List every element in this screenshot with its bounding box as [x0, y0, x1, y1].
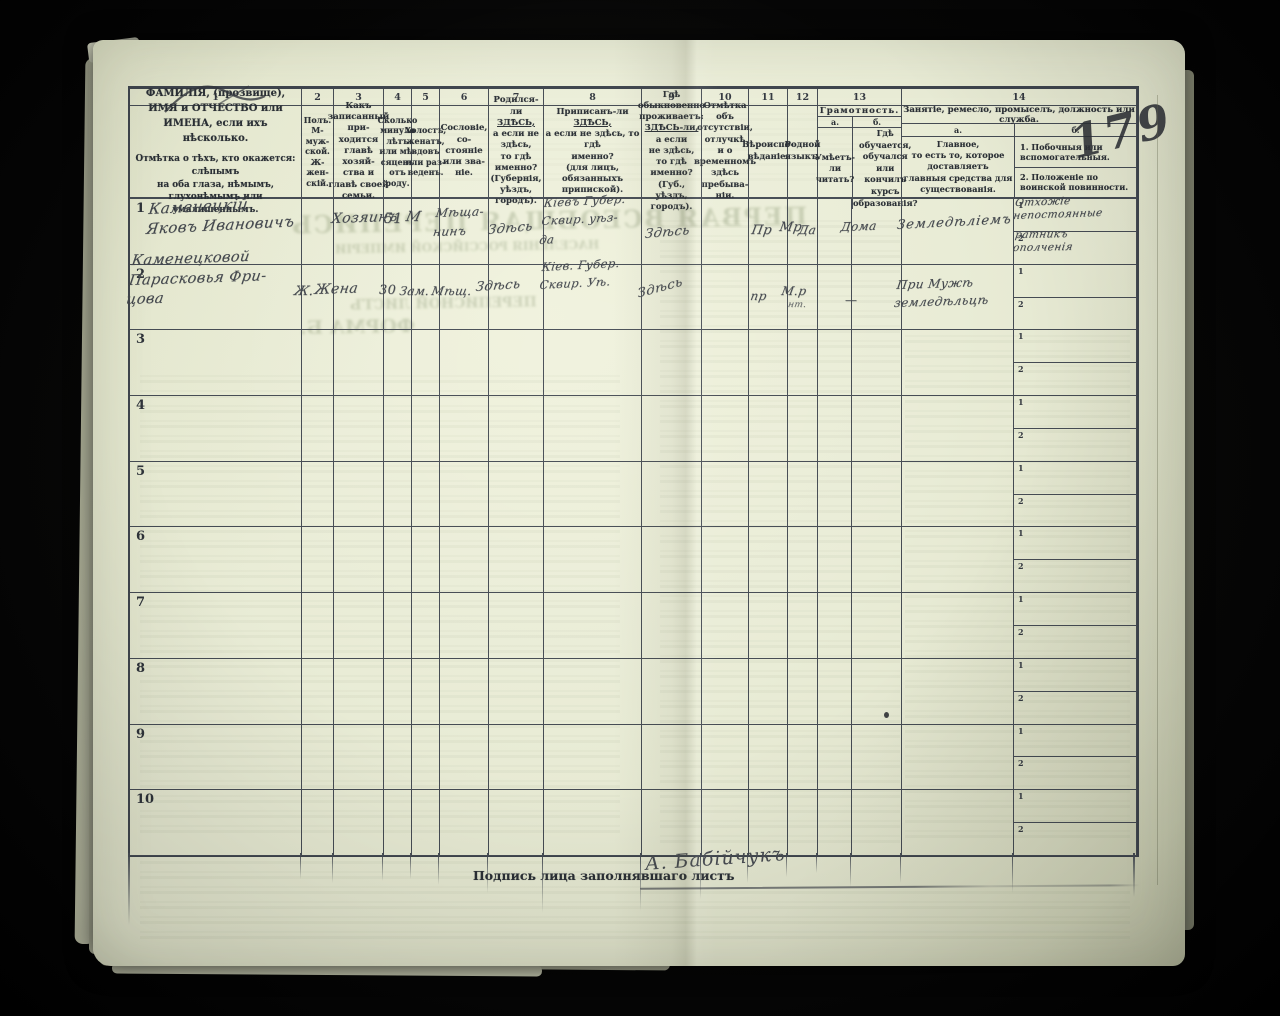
table-cell — [489, 462, 544, 528]
table-cell — [544, 462, 642, 528]
ink-blot — [884, 712, 889, 718]
table-cell — [818, 330, 852, 396]
table-cell — [334, 396, 384, 462]
column-line-stub — [332, 853, 333, 883]
subrow-label: 2 — [1018, 627, 1024, 637]
subrow-label: 1 — [1018, 594, 1024, 604]
row-number-cell: 9 — [130, 725, 302, 791]
table-cell — [642, 396, 702, 462]
table-cell — [302, 527, 334, 593]
table-cell — [902, 462, 1014, 528]
subrow-label: 2 — [1018, 496, 1024, 506]
table-cell — [852, 527, 902, 593]
row-number: 7 — [136, 595, 145, 610]
entry-1-name: Каменецкій Яковъ Ивановичъ — [145, 191, 298, 239]
table-cell — [702, 330, 749, 396]
subrow-label: 1 — [1018, 726, 1024, 736]
header-literacy-sublabels: а. б. — [818, 117, 901, 128]
table-cell — [489, 725, 544, 791]
entry-1-military: ратникъ ополченія — [1012, 228, 1076, 255]
row-number: 1 — [136, 201, 145, 216]
census-sheet: ПЕРВАЯ ВСЕОБЩАЯ ПЕРЕПИСЬ НАСЕЛЕНІЯ РОССІ… — [93, 40, 1185, 966]
table-cell — [902, 593, 1014, 659]
table-cell — [384, 527, 412, 593]
table-cell: 12 — [1014, 527, 1137, 593]
table-cell — [384, 330, 412, 396]
header-name-main: ФАМИЛІЯ, (прозвище), ИМЯ и ОТЧЕСТВО или … — [131, 86, 300, 146]
column-line-stub — [816, 853, 817, 873]
table-cell: 12 — [1014, 330, 1137, 396]
subrow-label: 1 — [1018, 791, 1024, 801]
table-cell — [302, 396, 334, 462]
table-cell — [334, 527, 384, 593]
table-cell — [440, 527, 489, 593]
entry-1-religion: Пр — [750, 222, 774, 240]
table-cell — [642, 790, 702, 856]
table-cell — [440, 790, 489, 856]
table-cell — [302, 790, 334, 856]
bleedthrough-noise — [700, 888, 1130, 946]
row-number: 5 — [136, 464, 145, 479]
table-cell — [489, 790, 544, 856]
table-cell — [412, 725, 440, 791]
table-cell — [788, 725, 818, 791]
subrow-label: 1 — [1018, 463, 1024, 473]
table-cell — [749, 593, 788, 659]
entry-2-language: М.р — [780, 283, 808, 299]
row-number-cell: 5 — [130, 462, 302, 528]
table-cell — [702, 396, 749, 462]
table-cell — [852, 790, 902, 856]
table-cell — [334, 790, 384, 856]
table-cell — [489, 265, 544, 331]
header-military-status: 2. Положеніе по воинской повинности. — [1015, 168, 1136, 198]
table-cell — [544, 330, 642, 396]
side-occupation-subcell: 1 — [1014, 330, 1136, 363]
header-birthplace-text: Родился-ли — [490, 95, 542, 117]
table-cell — [384, 593, 412, 659]
header-residence-here: ЗДѢСЬ-ли, — [645, 123, 699, 134]
side-occupation-subcell: 1 — [1014, 593, 1136, 626]
table-cell — [818, 527, 852, 593]
table-cell — [489, 593, 544, 659]
header-literacy-content: Умѣетъ- ли читать? Гдѣ обучается, обучал… — [818, 128, 901, 209]
side-occupation-subcell: 1 — [1014, 265, 1136, 298]
entry-1-occupation-side: Отхожіе непостоянные — [1012, 194, 1105, 223]
header-literacy-b: б. — [853, 117, 901, 127]
table-cell — [852, 659, 902, 725]
table-cell — [440, 659, 489, 725]
signature-line — [640, 884, 1140, 889]
subrow-label: 1 — [1018, 266, 1024, 276]
header-estate: Сословіе, со- стояніе или зва- ніе. — [440, 106, 489, 199]
row-number: 3 — [136, 332, 145, 347]
entry-2-age: 30 — [379, 282, 396, 300]
table-cell: 12 — [1014, 396, 1137, 462]
header-birthplace-rest: а если не здѣсь, то гдѣ именно? (Губерні… — [490, 129, 542, 208]
table-cell — [642, 462, 702, 528]
table-cell — [384, 462, 412, 528]
table-cell — [642, 725, 702, 791]
column-line-stub — [700, 853, 701, 899]
table-cell — [412, 527, 440, 593]
table-cell — [302, 725, 334, 791]
table-cell — [384, 790, 412, 856]
table-cell — [412, 396, 440, 462]
entry-2-sex-mark: Ж. — [292, 283, 315, 301]
table-cell — [852, 396, 902, 462]
table-cell — [818, 790, 852, 856]
table-cell — [302, 659, 334, 725]
header-religion: Вѣроиспо- вѣданіе. — [749, 106, 788, 199]
side-occupation-subcell: 1 — [1014, 396, 1136, 429]
military-status-subcell: 2 — [1014, 363, 1136, 395]
table-cell — [902, 527, 1014, 593]
entry-1-estate: Мѣща- нинъ — [432, 202, 486, 242]
table-cell — [852, 330, 902, 396]
table-cell — [412, 659, 440, 725]
table-cell — [642, 330, 702, 396]
column-number-13: 13 — [818, 89, 902, 106]
header-registration-here: ЗДѢСЬ, — [574, 118, 612, 129]
table-cell — [334, 462, 384, 528]
table-cell — [334, 725, 384, 791]
column-line-stub — [747, 853, 748, 883]
column-line-stub — [382, 853, 383, 881]
column-line-stub — [1012, 853, 1013, 893]
underlying-page-edge — [1157, 95, 1158, 885]
column-line-stub — [128, 853, 130, 925]
side-occupation-subcell: 1 — [1014, 659, 1136, 692]
column-line-stub — [786, 853, 787, 877]
table-cell — [440, 725, 489, 791]
table-cell — [489, 659, 544, 725]
header-name: ФАМИЛІЯ, (прозвище), ИМЯ и ОТЧЕСТВО или … — [130, 106, 302, 199]
header-language: Родной языкъ. — [788, 106, 818, 199]
table-cell — [902, 330, 1014, 396]
row-number: 10 — [136, 792, 154, 807]
table-cell — [702, 199, 749, 265]
entry-2-estate: Мѣщ. — [430, 283, 473, 299]
entry-1-reads: Да — [797, 222, 818, 238]
row-number: 6 — [136, 529, 145, 544]
header-literacy-title: Грамотность. — [818, 106, 901, 117]
entry-2-school-dash: — — [845, 292, 857, 308]
table-cell — [412, 593, 440, 659]
column-number-5: 5 — [412, 89, 440, 106]
military-status-subcell: 2 — [1014, 495, 1136, 527]
table-cell — [642, 527, 702, 593]
table-cell — [818, 659, 852, 725]
table-cell — [702, 462, 749, 528]
entry-1-age: 51 — [384, 210, 403, 229]
table-cell — [302, 593, 334, 659]
entry-2-name: Каменецковой Парасковья Фри- цова — [125, 247, 271, 310]
table-cell — [788, 330, 818, 396]
table-cell: 12 — [1014, 725, 1137, 791]
table-cell — [412, 462, 440, 528]
table-cell — [544, 659, 642, 725]
subrow-label: 1 — [1018, 528, 1024, 538]
table-cell — [544, 593, 642, 659]
header-can-read: Умѣетъ- ли читать? — [818, 128, 853, 209]
table-cell — [384, 396, 412, 462]
table-cell — [544, 396, 642, 462]
table-cell — [702, 725, 749, 791]
military-status-subcell: 2 — [1014, 823, 1136, 855]
table-cell — [749, 725, 788, 791]
entry-2-registered: Кіев. Губер. Сквир. Уѣ. — [538, 254, 620, 295]
table-cell — [440, 396, 489, 462]
subrow-label: 1 — [1018, 660, 1024, 670]
header-relationship: Какъ записанный при- ходится главѣ хозяй… — [334, 106, 384, 199]
table-cell — [902, 659, 1014, 725]
table-cell: 12 — [1014, 462, 1137, 528]
table-cell — [384, 659, 412, 725]
header-occupation-main: Главное, то есть то, которое доставляетъ… — [902, 137, 1015, 197]
header-registration-text: Приписанъ-ли — [556, 107, 628, 118]
header-marital: Холостъ, женатъ, вдовъ или раз- веденъ. — [412, 106, 440, 199]
military-status-subcell: 2 — [1014, 626, 1136, 658]
column-line-stub — [900, 853, 901, 883]
subrow-label: 1 — [1018, 397, 1024, 407]
military-status-subcell: 2 — [1014, 757, 1136, 789]
header-occupation-a: а. — [902, 124, 1015, 136]
table-cell: 12 — [1014, 265, 1137, 331]
column-line-stub — [850, 853, 851, 887]
side-occupation-subcell: 1 — [1014, 462, 1136, 495]
table-cell — [749, 396, 788, 462]
column-line-stub — [438, 853, 439, 885]
table-cell — [749, 527, 788, 593]
side-occupation-subcell: 1 — [1014, 790, 1136, 823]
table-cell — [902, 790, 1014, 856]
table-cell — [788, 790, 818, 856]
table-cell: 12 — [1014, 659, 1137, 725]
table-cell — [852, 725, 902, 791]
table-cell — [440, 330, 489, 396]
table-cell — [412, 330, 440, 396]
table-cell — [788, 527, 818, 593]
table-cell — [818, 396, 852, 462]
military-status-subcell: 2 — [1014, 298, 1136, 330]
table-cell — [818, 593, 852, 659]
header-literacy-a: а. — [818, 117, 853, 127]
table-cell — [642, 593, 702, 659]
side-occupation-subcell: 1 — [1014, 725, 1136, 758]
entry-1-registered: Кіевъ Губер. Сквир. уѣз- да — [538, 190, 627, 249]
entry-2-marital: Зам. — [398, 283, 431, 299]
table-cell — [302, 462, 334, 528]
entry-2-born-here: Здѣсь — [475, 276, 522, 297]
table-cell — [818, 462, 852, 528]
table-cell — [440, 593, 489, 659]
table-cell — [749, 659, 788, 725]
subrow-label: 2 — [1018, 430, 1024, 440]
column-number-12: 12 — [788, 89, 818, 106]
table-cell — [702, 593, 749, 659]
military-status-subcell: 2 — [1014, 560, 1136, 592]
table-cell — [489, 330, 544, 396]
table-cell — [788, 462, 818, 528]
table-cell — [902, 396, 1014, 462]
row-number-cell: 10 — [130, 790, 302, 856]
photo-scene: ПЕРВАЯ ВСЕОБЩАЯ ПЕРЕПИСЬ НАСЕЛЕНІЯ РОССІ… — [0, 0, 1280, 1016]
row-number-cell: 3 — [130, 330, 302, 396]
table-cell — [440, 462, 489, 528]
column-line-stub — [487, 853, 488, 893]
row-number: 4 — [136, 398, 145, 413]
military-status-subcell: 2 — [1014, 429, 1136, 461]
subrow-label: 2 — [1018, 758, 1024, 768]
table-cell — [334, 593, 384, 659]
column-line-stub — [1133, 853, 1135, 897]
subrow-label: 2 — [1018, 299, 1024, 309]
table-cell: 12 — [1014, 593, 1137, 659]
table-cell: 12 — [1014, 790, 1137, 856]
table-cell — [852, 462, 902, 528]
table-cell — [818, 725, 852, 791]
column-number-8: 8 — [544, 89, 642, 106]
header-birthplace-here: ЗДѢСЬ, — [497, 118, 535, 129]
column-line-stub — [542, 853, 543, 913]
table-cell — [702, 265, 749, 331]
table-cell — [642, 659, 702, 725]
table-cell — [702, 527, 749, 593]
row-number-cell: 8 — [130, 659, 302, 725]
entry-2-relationship: Жена — [313, 279, 359, 299]
row-number-cell: 4 — [130, 396, 302, 462]
table-cell — [544, 790, 642, 856]
table-cell — [334, 659, 384, 725]
side-occupation-subcell: 1 — [1014, 527, 1136, 560]
table-cell — [749, 330, 788, 396]
row-number-cell: 7 — [130, 593, 302, 659]
table-cell — [489, 527, 544, 593]
column-line-stub — [410, 853, 411, 879]
column-number-14: 14 — [902, 89, 1137, 106]
entry-1-school: Дома — [840, 218, 878, 235]
row-number: 9 — [136, 727, 145, 742]
column-number-6: 6 — [440, 89, 489, 106]
table-cell — [788, 659, 818, 725]
table-cell — [702, 659, 749, 725]
entry-2-occupation-main: При Мужѣ земледѣльцѣ — [893, 273, 993, 312]
table-cell — [544, 725, 642, 791]
subrow-label: 2 — [1018, 364, 1024, 374]
header-birthplace: Родился-ли ЗДѢСЬ,а если не здѣсь, то гдѣ… — [489, 106, 544, 199]
header-registration-rest: а если не здѣсь, то гдѣ именно? (для лиц… — [545, 129, 640, 196]
table-cell — [384, 725, 412, 791]
table-cell — [302, 199, 334, 265]
table-cell — [902, 725, 1014, 791]
table-cell — [412, 790, 440, 856]
table-cell — [852, 593, 902, 659]
military-status-subcell: 2 — [1014, 692, 1136, 724]
subrow-label: 1 — [1018, 331, 1024, 341]
header-literacy-group: Грамотность. а. б. Умѣетъ- ли читать? Гд… — [818, 106, 902, 199]
subrow-label: 2 — [1018, 824, 1024, 834]
table-cell — [544, 527, 642, 593]
table-cell — [334, 330, 384, 396]
entry-2-religion: пр — [749, 288, 768, 304]
table-cell — [788, 593, 818, 659]
table-cell — [302, 330, 334, 396]
row-number: 8 — [136, 661, 145, 676]
row-number-cell: 6 — [130, 527, 302, 593]
header-registration: Приписанъ-ли ЗДѢСЬ,а если не здѣсь, то г… — [544, 106, 642, 199]
column-line-stub — [300, 853, 301, 879]
subrow-label: 2 — [1018, 561, 1024, 571]
table-cell — [788, 396, 818, 462]
table-cell — [489, 396, 544, 462]
table-cell — [749, 462, 788, 528]
column-line-stub — [640, 853, 641, 911]
subrow-label: 2 — [1018, 693, 1024, 703]
entry-2-reads: нт. — [787, 299, 808, 311]
